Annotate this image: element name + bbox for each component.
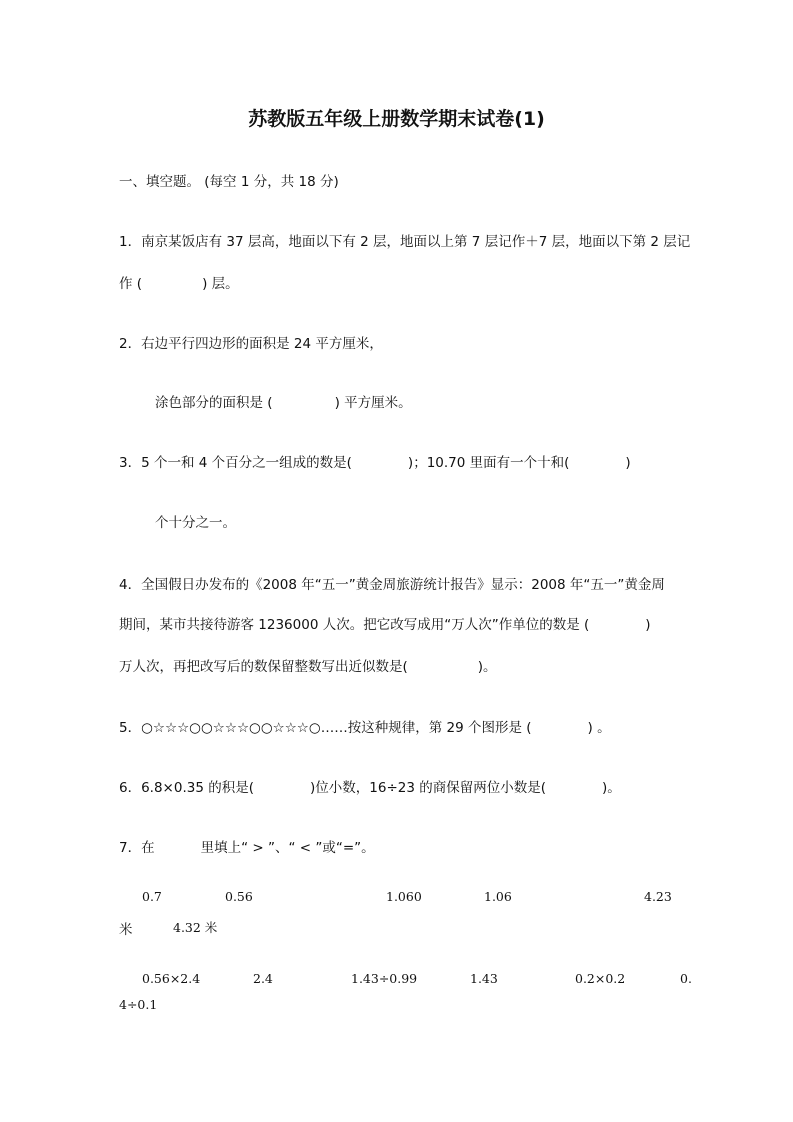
compare-value: 0.56	[225, 889, 253, 904]
question-7-part-b: 里填上“ > ”、“ < ”或“=”。	[201, 840, 375, 856]
question-7-line-1: 7．在里填上“ > ”、“ < ”或“=”。	[119, 836, 375, 856]
question-4-line-1: 4．全国假日办发布的《2008 年“五一”黄金周旅游统计报告》显示：2008 年…	[119, 573, 665, 593]
question-6-part-a: 6．6.8×0.35 的积是(	[119, 780, 254, 796]
question-2-line-1: 2．右边平行四边形的面积是 24 平方厘米，	[119, 332, 383, 352]
question-4-part-b: )	[645, 617, 650, 633]
question-3-part-c: )	[625, 455, 630, 471]
compare-value: 1.43÷0.99	[351, 971, 417, 986]
compare-value: 4.32 米	[173, 918, 217, 936]
question-7-part-a: 7．在	[119, 840, 155, 856]
question-4-line-2: 期间，某市共接待游客 1236000 人次。把它改写成用“万人次”作单位的数是 …	[119, 613, 651, 633]
question-3-line-1: 3．5 个一和 4 个百分之一组成的数是()；10.70 里面有一个十和()	[119, 451, 631, 471]
question-4-line-3: 万人次，再把改写后的数保留整数写出近似数是()。	[119, 655, 497, 675]
question-5-part-b: ) 。	[588, 720, 611, 736]
question-5-part-a: 5．○☆☆☆○○☆☆☆○○☆☆☆○……按这种规律，第 29 个图形是 (	[119, 720, 532, 736]
compare-value: 0.	[680, 971, 692, 986]
question-3-part-a: 3．5 个一和 4 个百分之一组成的数是(	[119, 455, 352, 471]
page-title: 苏教版五年级上册数学期末试卷(1)	[0, 104, 793, 131]
question-4-part-c: 万人次，再把改写后的数保留整数写出近似数是(	[119, 659, 408, 675]
question-2-prefix: 涂色部分的面积是 (	[155, 395, 273, 411]
question-4-part-d: )。	[478, 659, 497, 675]
question-3-part-b: )；10.70 里面有一个十和(	[408, 455, 569, 471]
question-1-prefix: 作 (	[119, 276, 142, 292]
compare-value: 0.2×0.2	[575, 971, 625, 986]
question-3-line-2: 个十分之一。	[155, 511, 236, 531]
compare-value-unit: 米	[119, 918, 133, 938]
question-1-line-2: 作 () 层。	[119, 272, 239, 292]
compare-value: 4÷0.1	[119, 997, 157, 1012]
question-1-suffix: ) 层。	[202, 276, 239, 292]
question-6-line-1: 6．6.8×0.35 的积是()位小数，16÷23 的商保留两位小数是()。	[119, 776, 621, 796]
section-heading-fill-blanks: 一、填空题。 (每空 1 分，共 18 分)	[119, 170, 339, 190]
question-6-part-b: )位小数，16÷23 的商保留两位小数是(	[310, 780, 546, 796]
compare-value: 2.4	[253, 971, 273, 986]
question-6-part-c: )。	[602, 780, 621, 796]
compare-value: 1.43	[470, 971, 498, 986]
question-5-line-1: 5．○☆☆☆○○☆☆☆○○☆☆☆○……按这种规律，第 29 个图形是 () 。	[119, 716, 611, 736]
question-1-line-1: 1．南京某饭店有 37 层高，地面以下有 2 层，地面以上第 7 层记作＋7 层…	[119, 230, 690, 250]
compare-value: 1.060	[386, 889, 422, 904]
compare-value: 0.7	[142, 889, 162, 904]
question-2-line-2: 涂色部分的面积是 () 平方厘米。	[155, 391, 412, 411]
compare-value: 1.06	[484, 889, 512, 904]
question-2-suffix: ) 平方厘米。	[335, 395, 412, 411]
exam-page: 苏教版五年级上册数学期末试卷(1) 一、填空题。 (每空 1 分，共 18 分)…	[0, 0, 793, 1122]
question-4-part-a: 期间，某市共接待游客 1236000 人次。把它改写成用“万人次”作单位的数是 …	[119, 617, 589, 633]
compare-value: 4.23	[644, 889, 672, 904]
compare-value: 0.56×2.4	[142, 971, 200, 986]
